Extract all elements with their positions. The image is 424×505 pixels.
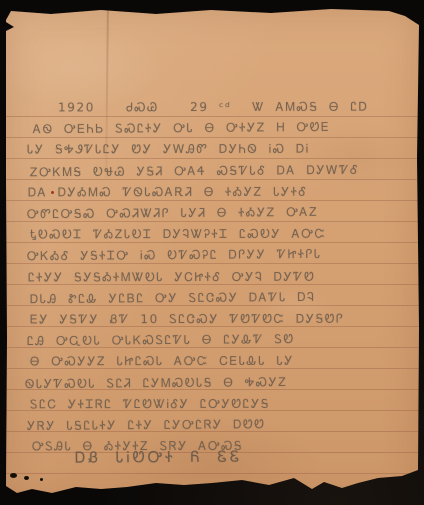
manuscript-line: ᏓᎩ ᎦᎭᏭᏤᏓᏝᎩ ᏬᎩ ᎩᎳᎯᏛ ᎠᎩᏂᏫ ᎥᏍ ᎠᎥ: [27, 142, 310, 158]
ink-speck: [24, 476, 29, 480]
manuscript-line: Ꮎ ᎤᏍᎩᎩᏃ ᏓᏥᏝᏍᏓ ᎪᎤᏨ ᏟᎬᏓᎲᏓ ᏓᎩ: [30, 354, 294, 370]
letter-paper: ᎠᏰ ᏓᎥᏬᎤᏐ Ᏺ ᏋᏋ 1920 ᏧᏍᏊ 29 ᶜᵈ Ꮤ ᎪᎷᏍᎦ Ꮎ ᏝᎠ…: [6, 8, 419, 505]
ink-speck: [10, 473, 17, 478]
manuscript-line: ᎿᎧᏍᎧᏆ ᏤᎣᏃᏓᎧᏆ ᎠᎩᎸᏔᎮᏐᏆ ᏝᏍᎧᎩ ᎪᎤᏨ: [30, 227, 327, 243]
manuscript-line: ᏚᏝᏟ ᎩᏐᏆᏒᏝ ᏤᏝᏬᏔᎥᎴᎩ ᏝᎤᎩᏬᏝᎩᎦ: [30, 396, 270, 412]
manuscript-line: ᏝᏐᎩᎩ ᎦᎩᎦᎣᏐᎷᏔᎧᏓ ᎩᏟᏥᏐᎴ ᎤᎩᎸ ᎠᎩᏤᏬ: [28, 269, 315, 285]
manuscript-line: ᎠᎪ ᎠᎩᎣᎷᏍ ᏤᏫᏓᏍᎪᎡᏘ Ꮎ ᏐᎣᎩᏃ ᏓᎩᏐᎴ: [28, 184, 308, 200]
manuscript-line: ᏃᎤᏦᎷᎦ ᎧᏠᏊ ᎩᎦᏘ ᎤᎪᏎ ᏍᎦᏤᏓᎴ ᎠᎪ ᎠᎩᎳᏤᎴ: [30, 162, 359, 180]
manuscript-line: ᏫᏓᎩᏤᏍᎧᏓ ᏚᏝᏘ ᏝᎩᎷᏍᎧᏓᎦ Ꮎ ᎭᏍᎩᏃ: [25, 375, 288, 392]
manuscript-line: ᎤᏦᎣᎴ ᎩᎦᏐᏆᎤ ᎥᏍ ᎧᏤᏍᎮᏝ ᎠᎵᎩᎩ ᏤᏥᏐᎵᏓ: [27, 247, 322, 264]
manuscript-line: ᎤᏚᎯᏓ Ꮎ ᎣᏐᎩᏐᏃ ᏚᏒᎩ ᎪᎤᏍᎦ: [32, 439, 243, 455]
manuscript-line: ᎩᏒᎩ ᏓᎦᏝᏓᏐᎩ ᏝᏐᎩ ᏝᎩᎤᏝᏒᎩ ᎠᏬᏬ: [27, 417, 266, 434]
manuscript-photo: ᎠᏰ ᏓᎥᏬᎤᏐ Ᏺ ᏋᏋ 1920 ᏧᏍᏊ 29 ᶜᵈ Ꮤ ᎪᎷᏍᎦ Ꮎ ᏝᎠ…: [0, 0, 424, 505]
manuscript-line: 1920 ᏧᏍᏊ 29 ᶜᵈ Ꮤ ᎪᎷᏍᎦ Ꮎ ᏝᎠ: [58, 100, 368, 116]
manuscript-line: ᎪᏫ ᎤᎬᏂᏏ ᏚᏍᏝᏐᎩ ᎤᏓ Ꮎ ᎤᏐᎩᏃ Ꮋ ᎤᏬᎬ: [33, 120, 330, 137]
text-layer: ᎠᏰ ᏓᎥᏬᎤᏐ Ᏺ ᏋᏋ 1920 ᏧᏍᏊ 29 ᶜᵈ Ꮤ ᎪᎷᏍᎦ Ꮎ ᏝᎠ…: [6, 8, 419, 505]
red-speck: [51, 191, 54, 194]
manuscript-line: ᏝᎯ ᎤᏩᎧᏓ ᎤᏓᏦᏍᏚᏝᏤᏓ Ꮎ ᏝᎩᎲᏤ ᏚᏬ: [27, 332, 295, 349]
manuscript-line: ᎤᏛᏝᎤᎦᏍ ᎤᏍᏘᏔᏘᎵ ᏓᎩᏘ Ꮎ ᏐᎣᎩᏃ ᎤᎪᏃ: [27, 205, 318, 222]
manuscript-line: ᎬᎩ ᎩᎦᏤᎩ ᏰᏤ 10 ᏚᏝᏣᏍᎩ ᏤᏬᏤᏬᏨ ᎠᎩᎦᏬᎵ: [30, 312, 344, 328]
manuscript-line: ᎠᏓᎯ ᏑᏝᎲ ᎩᏝᏴᏝ ᎤᎩ ᏚᏝᏣᏍᎩ ᎠᎪᏤᏓ ᎠᎸ: [30, 290, 316, 307]
ink-speck: [40, 478, 43, 481]
